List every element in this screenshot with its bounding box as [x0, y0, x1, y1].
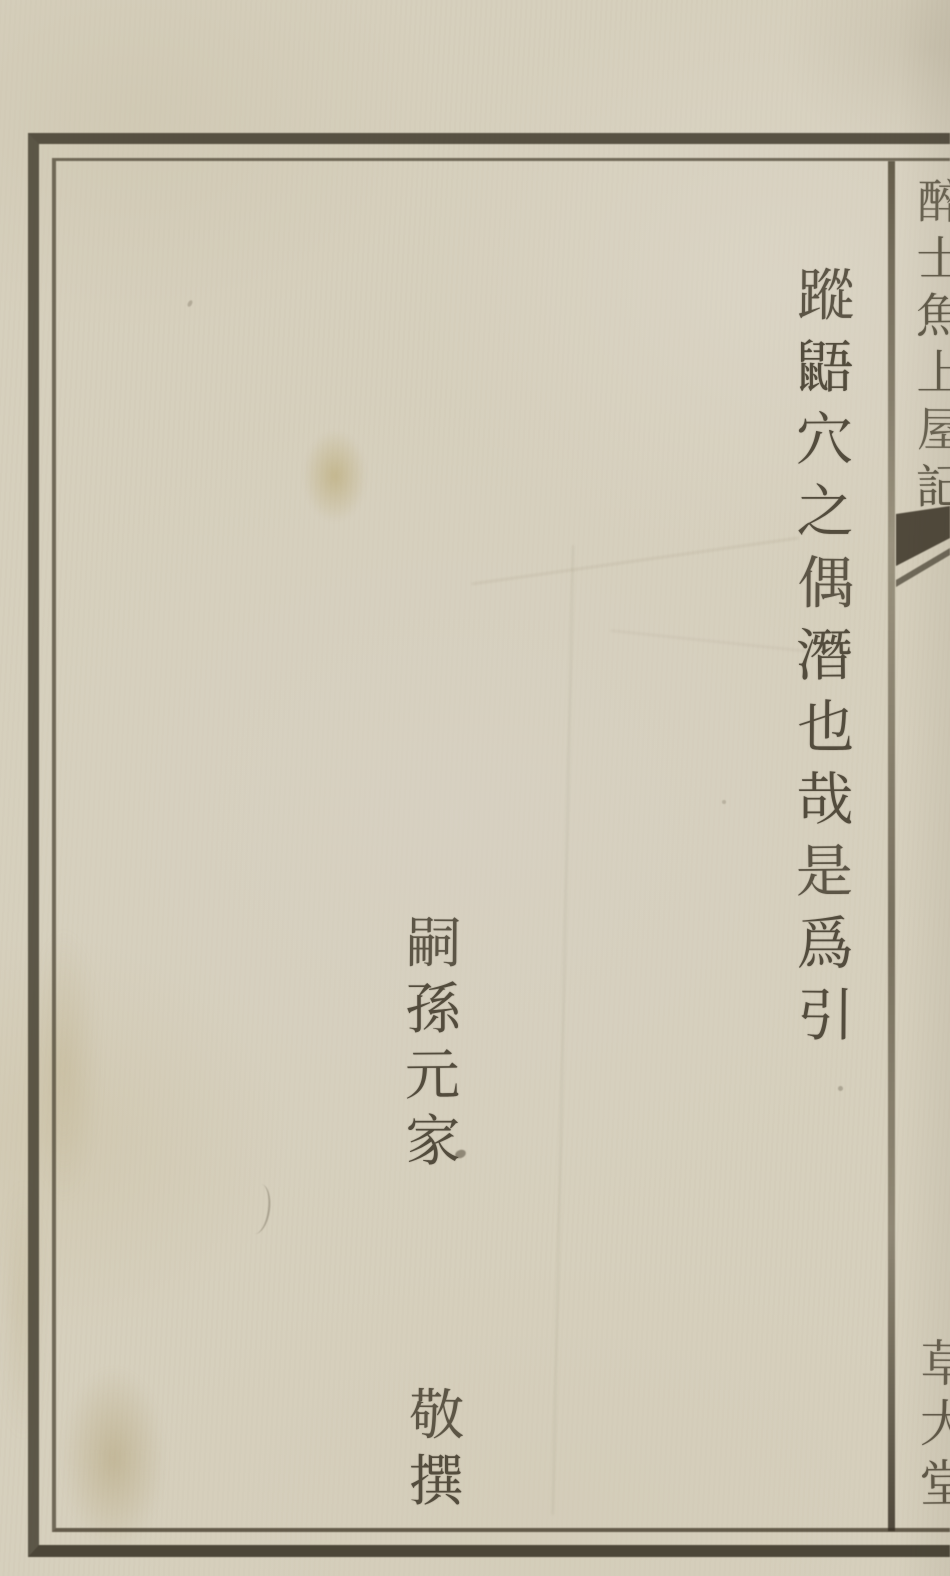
han-character: 是	[791, 836, 858, 909]
han-character: 撰	[402, 1448, 470, 1514]
han-character: 鼯	[792, 332, 858, 404]
han-character: 嗣	[398, 910, 470, 977]
han-character: 蹤	[793, 260, 860, 332]
han-character: 偶	[793, 548, 860, 620]
han-character: 之	[792, 476, 858, 548]
han-character: 敬	[403, 1382, 471, 1448]
genealogy-page-scan: 蹤鼯穴之偶潛也哉是爲引 嗣孫元家 敬撰 醉士魚上屋記 草大堂	[0, 0, 950, 1576]
han-character: 堂	[918, 1454, 950, 1514]
han-character: 上	[912, 345, 950, 402]
ink-speck	[838, 1086, 843, 1091]
han-character: 草	[919, 1334, 950, 1394]
han-character: 孫	[397, 976, 469, 1042]
han-character: 也	[793, 692, 860, 764]
han-character: 元	[396, 1042, 469, 1109]
fishtail-mark	[896, 504, 950, 604]
han-character: 記	[912, 459, 950, 516]
han-character: 家	[397, 1108, 469, 1174]
scanned-book-photo: { "text_columns": { "preface_end": "蹤鼯穴之…	[0, 0, 950, 1576]
margin-hall-name-partial: 草大堂	[918, 1334, 950, 1514]
column-divider-line	[888, 161, 895, 1531]
han-character: 爲	[792, 908, 858, 980]
han-character: 士	[912, 231, 950, 288]
han-character: 大	[918, 1394, 950, 1454]
text-column-preface-end: 蹤鼯穴之偶潛也哉是爲引	[792, 260, 858, 1052]
han-character: 潛	[791, 620, 858, 693]
han-character: 屋	[913, 402, 950, 459]
text-column-signature-closing: 敬撰	[402, 1382, 470, 1514]
text-column-signature: 嗣孫元家	[397, 910, 469, 1174]
margin-title-column-partial: 醉士魚上屋記	[912, 174, 950, 516]
ink-speck	[722, 800, 726, 804]
han-character: 哉	[792, 764, 858, 836]
han-character: 醉	[913, 174, 950, 231]
han-character: 引	[793, 980, 860, 1052]
han-character: 魚	[912, 288, 950, 345]
han-character: 穴	[791, 404, 858, 477]
